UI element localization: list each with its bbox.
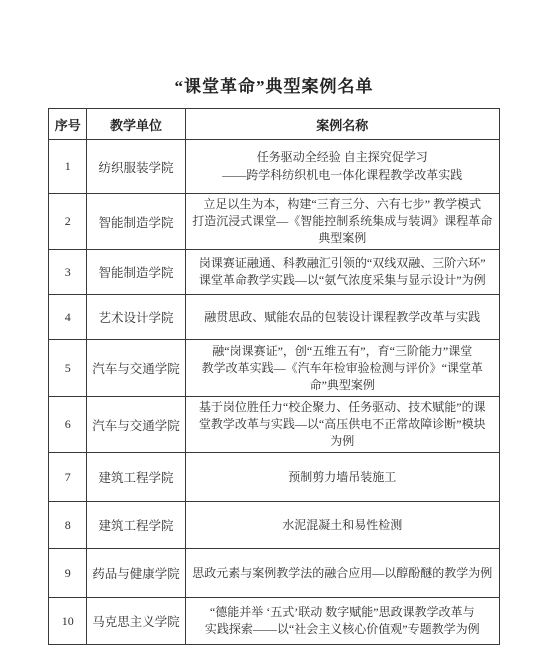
table-row: 9 药品与健康学院 思政元素与案例教学法的融合应用—以醇酚醚的教学为例 (49, 549, 500, 598)
serial-cell: 9 (49, 549, 87, 598)
header-case-name: 案例名称 (185, 109, 500, 140)
case-name-cell: 基于岗位胜任力“校企聚力、任务驱动、技术赋能”的课 堂教学改革与实践—以“高压供… (185, 397, 500, 453)
serial-cell: 8 (49, 502, 87, 549)
table-row: 5 汽车与交通学院 融“岗课赛证”，创“五维五有”，育“三阶能力”课堂 教学改革… (49, 340, 500, 397)
header-unit: 教学单位 (87, 109, 185, 140)
document-page: { "page": { "title": "“课堂革命”典型案例名单" }, "… (0, 0, 548, 654)
case-name-cell: 融“岗课赛证”，创“五维五有”，育“三阶能力”课堂 教学改革实践—《汽车年检审验… (185, 340, 500, 397)
serial-cell: 1 (49, 140, 87, 194)
case-name-cell: “德能并举 ‘五式’联动 数字赋能”思政课教学改革与 实践探索——以“社会主义核… (185, 598, 500, 645)
unit-cell: 建筑工程学院 (87, 502, 185, 549)
case-name-cell: 思政元素与案例教学法的融合应用—以醇酚醚的教学为例 (185, 549, 500, 598)
unit-cell: 智能制造学院 (87, 194, 185, 250)
table-row: 3 智能制造学院 岗课赛证融通、科教融汇引领的“双线双融、三阶六环” 课堂革命教… (49, 250, 500, 295)
case-list-table: 序号 教学单位 案例名称 1 纺织服装学院 任务驱动全经验 自主探究促学习 ——… (48, 108, 500, 645)
unit-cell: 药品与健康学院 (87, 549, 185, 598)
unit-cell: 纺织服装学院 (87, 140, 185, 194)
serial-cell: 3 (49, 250, 87, 295)
case-name-cell: 立足以生为本，构建“三育三分、六有七步” 教学模式 打造沉浸式课堂—《智能控制系… (185, 194, 500, 250)
serial-cell: 10 (49, 598, 87, 645)
unit-cell: 建筑工程学院 (87, 453, 185, 502)
case-name-cell: 岗课赛证融通、科教融汇引领的“双线双融、三阶六环” 课堂革命教学实践—以“氨气浓… (185, 250, 500, 295)
unit-cell: 艺术设计学院 (87, 295, 185, 340)
table-row: 8 建筑工程学院 水泥混凝土和易性检测 (49, 502, 500, 549)
serial-cell: 2 (49, 194, 87, 250)
table-row: 7 建筑工程学院 预制剪力墙吊装施工 (49, 453, 500, 502)
table-header-row: 序号 教学单位 案例名称 (49, 109, 500, 140)
header-serial: 序号 (49, 109, 87, 140)
unit-cell: 汽车与交通学院 (87, 340, 185, 397)
table-row: 4 艺术设计学院 融贯思政、赋能农品的包装设计课程教学改革与实践 (49, 295, 500, 340)
serial-cell: 6 (49, 397, 87, 453)
table-row: 2 智能制造学院 立足以生为本，构建“三育三分、六有七步” 教学模式 打造沉浸式… (49, 194, 500, 250)
case-name-cell: 融贯思政、赋能农品的包装设计课程教学改革与实践 (185, 295, 500, 340)
serial-cell: 4 (49, 295, 87, 340)
serial-cell: 7 (49, 453, 87, 502)
unit-cell: 马克思主义学院 (87, 598, 185, 645)
case-name-cell: 水泥混凝土和易性检测 (185, 502, 500, 549)
table-row: 1 纺织服装学院 任务驱动全经验 自主探究促学习 ——跨学科纺织机电一体化课程教… (49, 140, 500, 194)
unit-cell: 汽车与交通学院 (87, 397, 185, 453)
unit-cell: 智能制造学院 (87, 250, 185, 295)
case-name-cell: 预制剪力墙吊装施工 (185, 453, 500, 502)
table-row: 10 马克思主义学院 “德能并举 ‘五式’联动 数字赋能”思政课教学改革与 实践… (49, 598, 500, 645)
serial-cell: 5 (49, 340, 87, 397)
case-name-cell: 任务驱动全经验 自主探究促学习 ——跨学科纺织机电一体化课程教学改革实践 (185, 140, 500, 194)
table-row: 6 汽车与交通学院 基于岗位胜任力“校企聚力、任务驱动、技术赋能”的课 堂教学改… (49, 397, 500, 453)
page-title: “课堂革命”典型案例名单 (0, 72, 548, 97)
